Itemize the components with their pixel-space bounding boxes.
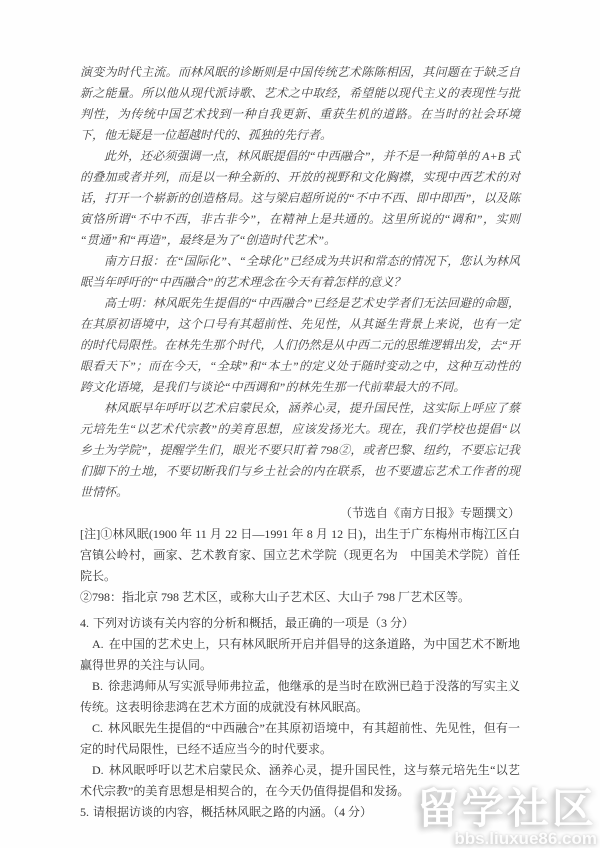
question-5-text: 请根据访谈的内容，概括林风眠之路的内涵。（4 分） bbox=[93, 805, 372, 819]
question-5-number: 5. bbox=[80, 805, 89, 819]
question-4-stem: 4.下列对访谈有关内容的分析和概括，最正确的一项是（3 分） bbox=[80, 613, 520, 634]
option-b-label: B. bbox=[92, 679, 103, 693]
footnotes: [注]①林风眠(1900 年 11 月 22 日—1991 年 8 月 12 日… bbox=[80, 524, 520, 608]
question-4-number: 4. bbox=[80, 616, 89, 630]
option-c-label: C. bbox=[92, 721, 103, 735]
option-a: A.在中国的艺术史上，只有林风眠所开启并倡导的这条道路，为中国艺术不断地赢得世界… bbox=[80, 634, 520, 676]
passage-paragraph: 此外，还必须强调一点，林风眠提倡的“中西融合”，并不是一种简单的 A+B 式的叠… bbox=[80, 146, 520, 251]
option-d: D.林风眠呼吁以艺术启蒙民众、涵养心灵，提升国民性，这与蔡元培先生“以艺术代宗教… bbox=[80, 760, 520, 802]
option-d-label: D. bbox=[92, 763, 104, 777]
footnote-1: [注]①林风眠(1900 年 11 月 22 日—1991 年 8 月 12 日… bbox=[80, 524, 520, 587]
passage-paragraph-continuation: 演变为时代主流。而林风眠的诊断则是中国传统艺术陈陈相因，其问题在于缺乏自新之能量… bbox=[80, 62, 520, 146]
option-c-text: 林风眠先生提倡的“中西融合”在其原初语境中，有其超前性、先见性，但有一定的时代局… bbox=[80, 721, 520, 756]
option-b: B.徐悲鸿师从写实派导师弗拉孟，他继承的是当时在欧洲已趋于没落的写实主义传统。这… bbox=[80, 676, 520, 718]
scanned-exam-page: 演变为时代主流。而林风眠的诊断则是中国传统艺术陈陈相因，其问题在于缺乏自新之能量… bbox=[0, 0, 600, 848]
option-a-text: 在中国的艺术史上，只有林风眠所开启并倡导的这条道路，为中国艺术不断地赢得世界的关… bbox=[80, 637, 520, 672]
interview-question-paragraph: 南方日报：在“国际化”、“全球化”已经成为共识和常态的情况下，您认为林风眠当年呼… bbox=[80, 251, 520, 293]
text-block: 演变为时代主流。而林风眠的诊断则是中国传统艺术陈陈相因，其问题在于缺乏自新之能量… bbox=[80, 62, 520, 823]
question-section: 4.下列对访谈有关内容的分析和概括，最正确的一项是（3 分） A.在中国的艺术史… bbox=[80, 613, 520, 823]
interview-answer-paragraph: 林风眠早年呼吁以艺术启蒙民众，涵养心灵，提升国民性，这实际上呼应了蔡元培先生“以… bbox=[80, 398, 520, 503]
option-a-label: A. bbox=[92, 637, 104, 651]
interview-answer-paragraph: 高士明：林风眠先生提倡的“中西融合”已经是艺术史学者们无法回避的命题，在其原初语… bbox=[80, 293, 520, 398]
question-4-text: 下列对访谈有关内容的分析和概括，最正确的一项是（3 分） bbox=[93, 616, 414, 630]
reading-passage: 演变为时代主流。而林风眠的诊断则是中国传统艺术陈陈相因，其问题在于缺乏自新之能量… bbox=[80, 62, 520, 524]
source-attribution: （节选自《南方日报》专题撰文） bbox=[80, 503, 520, 524]
watermark-url: bbs.liuxue86.com bbox=[417, 830, 597, 848]
option-d-text: 林风眠呼吁以艺术启蒙民众、涵养心灵，提升国民性，这与蔡元培先生“以艺术代宗教”的… bbox=[80, 763, 520, 798]
question-5-stem: 5.请根据访谈的内容，概括林风眠之路的内涵。（4 分） bbox=[80, 802, 520, 823]
option-b-text: 徐悲鸿师从写实派导师弗拉孟，他继承的是当时在欧洲已趋于没落的写实主义传统。这表明… bbox=[80, 679, 520, 714]
footnote-2: ②798：指北京 798 艺术区，或称大山子艺术区、大山子 798 厂艺术区等。 bbox=[80, 587, 520, 608]
option-c: C.林风眠先生提倡的“中西融合”在其原初语境中，有其超前性、先见性，但有一定的时… bbox=[80, 718, 520, 760]
